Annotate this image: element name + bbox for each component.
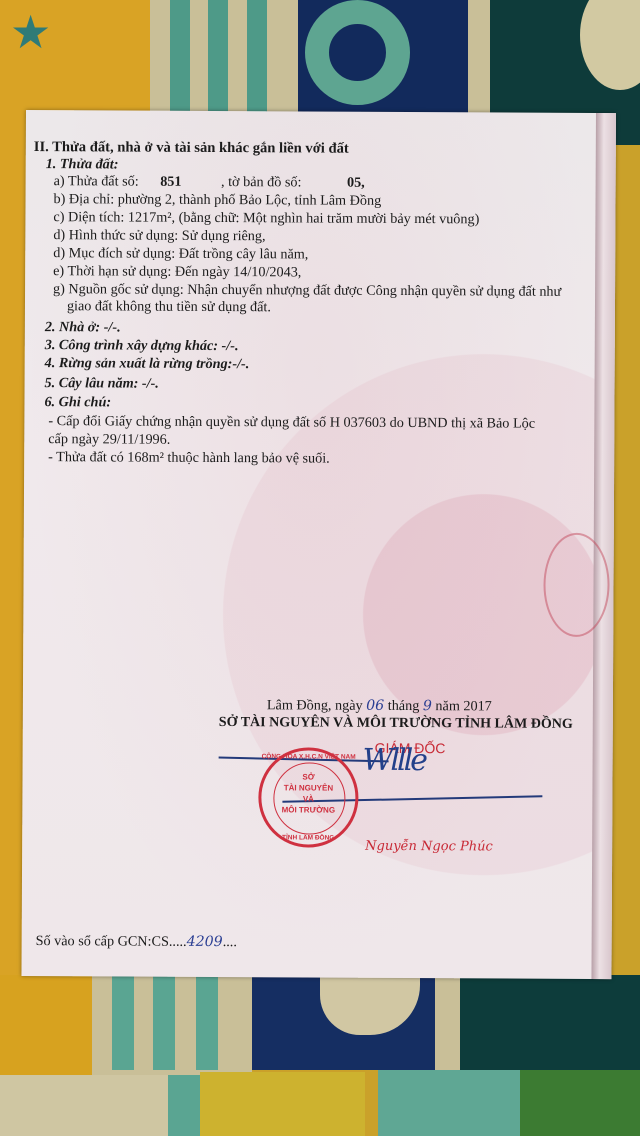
signing-date: Lâm Đồng, ngày 06 tháng 9 năm 2017 — [267, 696, 492, 715]
bg-yellow-panel — [200, 1072, 365, 1136]
usage-term-row: e) Thời hạn sử dụng: Đến ngày 14/10/2043… — [53, 262, 301, 281]
seal-text: SỞ — [261, 772, 355, 781]
parcel-heading: 1. Thửa đất: — [46, 155, 119, 173]
usage-origin-row-cont: giao đất không thu tiền sử dụng đất. — [67, 297, 271, 316]
signer-name: Nguyễn Ngọc Phúc — [365, 838, 493, 857]
bg-green-panel — [460, 975, 640, 1075]
star-icon: ★ — [10, 10, 51, 56]
bg-cream-panel — [435, 975, 460, 1070]
director-signature: Wllle — [363, 752, 425, 770]
bg-yellow-panel — [0, 975, 92, 1075]
note-line: cấp ngày 29/11/1996. — [48, 430, 170, 449]
usage-form-row: d) Hình thức sử dụng: Sử dụng riêng, — [53, 226, 265, 245]
parcel-number-row: a) Thửa đất số: 851 , tờ bản đồ số: 05, — [54, 172, 365, 192]
seal-text: VÀ — [261, 794, 355, 803]
land-certificate-page: II. Thửa đất, nhà ở và tài sản khác gắn … — [21, 110, 616, 979]
area-row: c) Diện tích: 1217m², (bằng chữ: Một ngh… — [53, 208, 479, 228]
other-construction-item: 3. Công trình xây dựng khác: -/-. — [45, 336, 239, 355]
bg-dotted-panel — [168, 1075, 200, 1136]
usage-purpose-row: d) Mục đích sử dụng: Đất trồng cây lâu n… — [53, 244, 308, 263]
map-sheet-label: , tờ bản đồ số: — [221, 174, 302, 190]
bg-green-panel — [520, 1070, 640, 1136]
bg-ring-shape — [305, 0, 410, 105]
date-day: 06 — [366, 698, 384, 714]
date-month-label: tháng — [388, 698, 420, 714]
date-month: 9 — [423, 698, 432, 714]
house-item: 2. Nhà ở: -/-. — [45, 318, 121, 336]
bg-stripe — [196, 975, 218, 1070]
perennial-item: 5. Cây lâu năm: -/-. — [45, 374, 159, 393]
map-sheet-value: 05, — [347, 175, 365, 191]
issuing-authority: SỞ TÀI NGUYÊN VÀ MÔI TRƯỜNG TỈNH LÂM ĐỒN… — [219, 714, 573, 734]
bg-stripe — [112, 975, 134, 1070]
faded-stamp-mark — [543, 533, 610, 637]
date-prefix: Lâm Đồng, ngày — [267, 697, 363, 714]
note-line: - Thửa đất có 168m² thuộc hành lang bảo … — [48, 448, 330, 467]
official-red-seal: CỘNG HÒA X.H.C.N VIỆT NAM SỞ TÀI NGUYÊN … — [258, 747, 359, 848]
parcel-number-value: 851 — [160, 174, 181, 190]
address-row: b) Địa chỉ: phường 2, thành phố Bảo Lộc,… — [53, 190, 381, 210]
registry-number: Số vào sổ cấp GCN:CS.....4209.... — [36, 932, 237, 951]
forest-item: 4. Rừng sản xuất là rừng trồng:-/-. — [45, 354, 250, 373]
seal-text: TÀI NGUYÊN — [261, 783, 355, 792]
notes-heading: 6. Ghi chú: — [44, 393, 111, 411]
bg-stripe — [153, 975, 175, 1070]
seal-text: MÔI TRƯỜNG — [261, 805, 355, 814]
registry-value: 4209 — [187, 934, 223, 950]
date-year: năm 2017 — [435, 698, 491, 714]
registry-label: Số vào sổ cấp GCN:CS — [36, 933, 169, 950]
fabric-background-bottom — [0, 975, 640, 1136]
seal-bottom-text: TỈNH LÂM ĐỒNG — [261, 833, 355, 842]
parcel-number-label: a) Thửa đất số: — [54, 173, 139, 189]
seal-top-text: CỘNG HÒA X.H.C.N VIỆT NAM — [262, 752, 356, 761]
